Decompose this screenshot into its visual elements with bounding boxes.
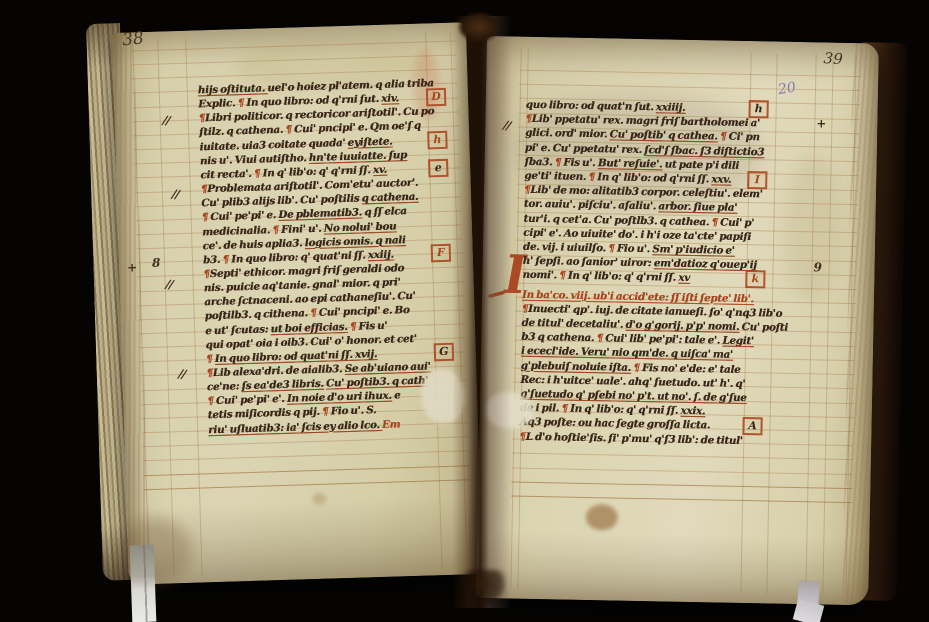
ruling-line bbox=[805, 54, 816, 594]
ruling-line bbox=[144, 479, 470, 490]
ruling-line bbox=[510, 49, 521, 589]
margin-mark: // bbox=[502, 118, 511, 133]
ink-text: xxiij. bbox=[368, 248, 394, 261]
ink-text: medicinalia. bbox=[202, 224, 273, 238]
pencil-note: 20 bbox=[777, 79, 797, 98]
rubric-text: ¶ bbox=[608, 242, 617, 254]
ink-text: ſtilz. q cathena. bbox=[199, 124, 286, 139]
ink-text: poſtilb3. q cithena. bbox=[205, 307, 311, 322]
manuscript-page-left: 38 hijs oſtituta. uel'o hoiez pl'atem. q… bbox=[112, 22, 483, 585]
ink-text: In noie d'o uri ihux. bbox=[287, 390, 392, 405]
ink-text: Cu' poſti bbox=[739, 321, 788, 334]
ink-text: Cu' poſtib3. q cath' bbox=[326, 375, 429, 390]
folio-number-right: 39 bbox=[823, 49, 843, 68]
text-line: Aq3 poſte: ou hac ſegte groſſa licta. bbox=[519, 416, 710, 432]
ink-text: Fis u'. bbox=[563, 156, 598, 169]
ruling-grid-left bbox=[112, 22, 466, 33]
ruling-line bbox=[822, 55, 833, 595]
rubric-text: ¶ bbox=[588, 171, 597, 183]
margin-mark: // bbox=[165, 277, 173, 292]
ink-text: L d'o hoſtie'ſis. ſi' p'mu' q'ſ3 lib': d… bbox=[526, 430, 743, 446]
ink-text: quo libro: od quat'n ſut. bbox=[526, 99, 656, 113]
margin-mark: 9 bbox=[813, 260, 822, 274]
ink-text: Aq3 poſte: ou hac ſegte groſſa licta. bbox=[519, 416, 710, 432]
ink-text: De pblematib3. bbox=[278, 207, 362, 222]
rubric-text: Em bbox=[382, 418, 401, 431]
text-line: nomi'. ¶ In q' lib'o: q' q'rni ſſ. xv bbox=[522, 269, 690, 284]
ink-text: In q' lib'o: q' q'rni ſſ. bbox=[262, 164, 373, 179]
ink-text: In q' lib'o: q' q'rni ſſ. bbox=[570, 403, 681, 417]
ink-text: logicis omis. q nali bbox=[305, 234, 406, 249]
rubric-text: ¶ bbox=[207, 395, 216, 407]
ink-text: xxix. bbox=[680, 405, 705, 417]
ink-text: nomi'. bbox=[522, 269, 559, 282]
spine-headband bbox=[458, 12, 500, 42]
rubric-text: ¶ bbox=[596, 332, 605, 344]
ink-text: hijs oſtituta. bbox=[198, 82, 268, 96]
ink-text: In q' lib'o: q' q'rni ſſ. bbox=[568, 270, 679, 284]
ruling-line bbox=[143, 451, 469, 462]
rubric-text: ¶ bbox=[711, 216, 720, 228]
ink-text: Cui' pncipi' e. Bo bbox=[319, 304, 410, 319]
ruling-line bbox=[450, 31, 467, 568]
rubric-text: ¶ bbox=[555, 156, 564, 168]
ink-text: ſs ea'de3 libris. bbox=[241, 378, 324, 393]
ink-text: xiv. bbox=[381, 92, 399, 105]
rubric-text: ¶ bbox=[201, 211, 210, 223]
ink-text: hn'te iuuiatte. ſup bbox=[309, 149, 407, 164]
ink-text: g'plebuiſ noluie iſta. bbox=[521, 359, 631, 373]
ink-text: Se ab'uiano aui' bbox=[344, 360, 430, 375]
ink-text: e bbox=[392, 390, 401, 402]
marginal-letter: k bbox=[745, 270, 765, 288]
ink-text: de i pil. bbox=[520, 402, 562, 415]
ink-text: xv bbox=[678, 272, 690, 284]
ink-text: Fis no' e'de: e' tale bbox=[642, 362, 741, 376]
ink-text: ce'. de huis aplia3. bbox=[202, 237, 305, 252]
ink-text: Fini' u'. bbox=[281, 222, 324, 235]
ink-text: uel'o hoiez pl'atem. q alia triba bbox=[267, 77, 434, 94]
ink-text: Cui' pncipi' e. Qm oe'ſ q bbox=[294, 120, 421, 136]
rubric-text: ¶ bbox=[272, 223, 281, 235]
ink-text: xvij. bbox=[355, 348, 377, 361]
marginal-letter: h bbox=[748, 100, 768, 118]
ink-text: Sm' p'iudicio e' bbox=[652, 243, 734, 257]
ink-text: ce'ne: bbox=[207, 380, 242, 393]
ink-text: Cui' pe'pi' e. bbox=[210, 209, 278, 223]
ruling-line bbox=[143, 436, 469, 447]
rubric-text: ¶ bbox=[285, 124, 294, 136]
ink-text: ſcd'ſ ſbac. ſ3 diſtictio3 bbox=[644, 144, 764, 158]
ruling-grid-right bbox=[487, 36, 879, 44]
ink-text: ut boi efficias. bbox=[270, 320, 347, 334]
ink-text: Fis u' bbox=[358, 319, 387, 332]
ink-text: In quo libro: od q'rni ſut. bbox=[246, 93, 381, 109]
text-line: ¶L d'o hoſtie'ſis. ſi' p'mu' q'ſ3 lib': … bbox=[519, 430, 743, 446]
rubric-text: ¶ bbox=[322, 406, 331, 418]
ink-text: b3. bbox=[203, 254, 223, 267]
ink-text: xxv. bbox=[711, 173, 731, 185]
ink-text: Cui' p' bbox=[720, 216, 754, 229]
ink-text: tor. auiu'. piſciu'. aſaliu'. bbox=[524, 198, 659, 213]
ruling-line bbox=[519, 70, 860, 78]
ink-text: Fio u'. S. bbox=[330, 405, 376, 418]
ink-text: d'o g'gorij. p'p' nomi. bbox=[625, 319, 739, 333]
margin-mark: + bbox=[816, 116, 826, 130]
marginal-letter: I bbox=[747, 171, 767, 189]
ink-text: No nolui' bou bbox=[323, 220, 396, 234]
ink-text: pi' e. Cu' ppetatu' rex. bbox=[525, 141, 645, 155]
ink-text: Ci' pn bbox=[728, 131, 759, 144]
ruling-line bbox=[131, 40, 457, 51]
margin-mark: // bbox=[178, 367, 186, 382]
text-line: de i pil. ¶ In q' lib'o: q' q'rni ſſ. xx… bbox=[520, 402, 706, 418]
ruling-line bbox=[519, 84, 860, 92]
margin-mark: + bbox=[127, 260, 137, 274]
ink-text: eyiſtete. bbox=[347, 135, 392, 148]
ink-text: ſba3. bbox=[524, 156, 554, 169]
ink-text: Legit' bbox=[722, 335, 754, 348]
folio-number-left: 38 bbox=[121, 28, 145, 50]
stain bbox=[586, 504, 618, 531]
ink-text: q cathena. bbox=[361, 191, 418, 205]
photo-scene: 38 hijs oſtituta. uel'o hoiez pl'atem. q… bbox=[0, 0, 929, 622]
marginal-letter: e bbox=[428, 159, 449, 178]
ruling-line bbox=[131, 55, 457, 66]
rubric-text: ¶ bbox=[206, 353, 215, 365]
text-line: g'plebuiſ noluie iſta. ¶ Fis no' e'de: e… bbox=[521, 359, 741, 375]
ink-text: Fio u'. bbox=[617, 243, 653, 256]
ink-text: xv. bbox=[373, 164, 387, 176]
ink-text: q ſſ elca bbox=[362, 205, 407, 218]
ink-text: de. vij. i uiuilſo. bbox=[523, 241, 608, 255]
manuscript-page-right: 39 20 I quo libro: od quat'n ſut. xxiiij… bbox=[476, 36, 879, 605]
marginal-letter: D bbox=[426, 88, 447, 107]
ink-text: Cu' poſtib' q cathea. bbox=[609, 129, 717, 143]
ink-text: de titul' decetaliu'. bbox=[521, 317, 625, 331]
marginal-letter: F bbox=[431, 244, 452, 263]
ink-text: nis u'. Viui autiſtho. bbox=[200, 152, 309, 167]
ink-text: b3 q cathena. bbox=[521, 331, 597, 344]
margin-mark: // bbox=[171, 187, 179, 202]
ink-text: arbor. ſiue pla' bbox=[658, 201, 737, 215]
ink-text: Lib alexa'dri. de aialib3. bbox=[213, 363, 345, 379]
ink-text: em'datioz q'ouep'ij bbox=[654, 257, 757, 271]
ruling-line bbox=[845, 55, 856, 595]
gutter-bottom-shadow bbox=[462, 570, 506, 604]
ink-text: i ececl'ide. Veru' nio qm'de. q uiſca' m… bbox=[521, 345, 733, 361]
marginal-letter: h bbox=[427, 130, 448, 149]
ruling-line bbox=[511, 496, 852, 504]
stain bbox=[312, 493, 326, 505]
ink-text: h' ſepſi. ao ſanior' uiror: bbox=[523, 255, 654, 270]
ink-text: riu' uſluatib3: ia' ſcis ey alio lco. bbox=[208, 419, 382, 436]
ink-text: Explic. bbox=[198, 97, 238, 110]
ruling-line bbox=[511, 481, 852, 489]
ink-text: e ut' ſcutas: bbox=[205, 323, 271, 337]
ink-text: Cui' pe'pi' e'. bbox=[216, 393, 287, 407]
marginal-letter: G bbox=[434, 343, 455, 362]
ruling-line bbox=[144, 465, 470, 476]
ink-text: tetis miſicordis q pij. bbox=[208, 406, 323, 421]
ink-text: ut pate p'i dili bbox=[662, 158, 739, 171]
ink-text: glici. ord' mior. bbox=[525, 127, 610, 141]
text-line: i ececl'ide. Veru' nio qm'de. q uiſca' m… bbox=[521, 345, 733, 361]
ink-text: But' reſuie'. bbox=[598, 157, 663, 170]
ruling-line bbox=[512, 467, 853, 475]
ink-text: In q' lib'o: od q'rni ſſ. bbox=[597, 171, 711, 185]
marginal-letter: A bbox=[742, 417, 762, 435]
margin-mark: 8 bbox=[152, 256, 161, 270]
margin-mark: // bbox=[162, 113, 170, 128]
ink-text: Cui' lib' pe'pi': tale e'. bbox=[605, 333, 722, 347]
ink-text: cit recta'. bbox=[200, 168, 254, 182]
ink-text: xxiiij. bbox=[656, 101, 686, 114]
text-line: quo libro: od quat'n ſut. xxiiij. bbox=[526, 99, 686, 114]
ruling-line bbox=[512, 453, 853, 461]
bookmark-tab-left bbox=[130, 545, 157, 622]
ink-text: ge'ti' ituen. bbox=[524, 170, 588, 183]
